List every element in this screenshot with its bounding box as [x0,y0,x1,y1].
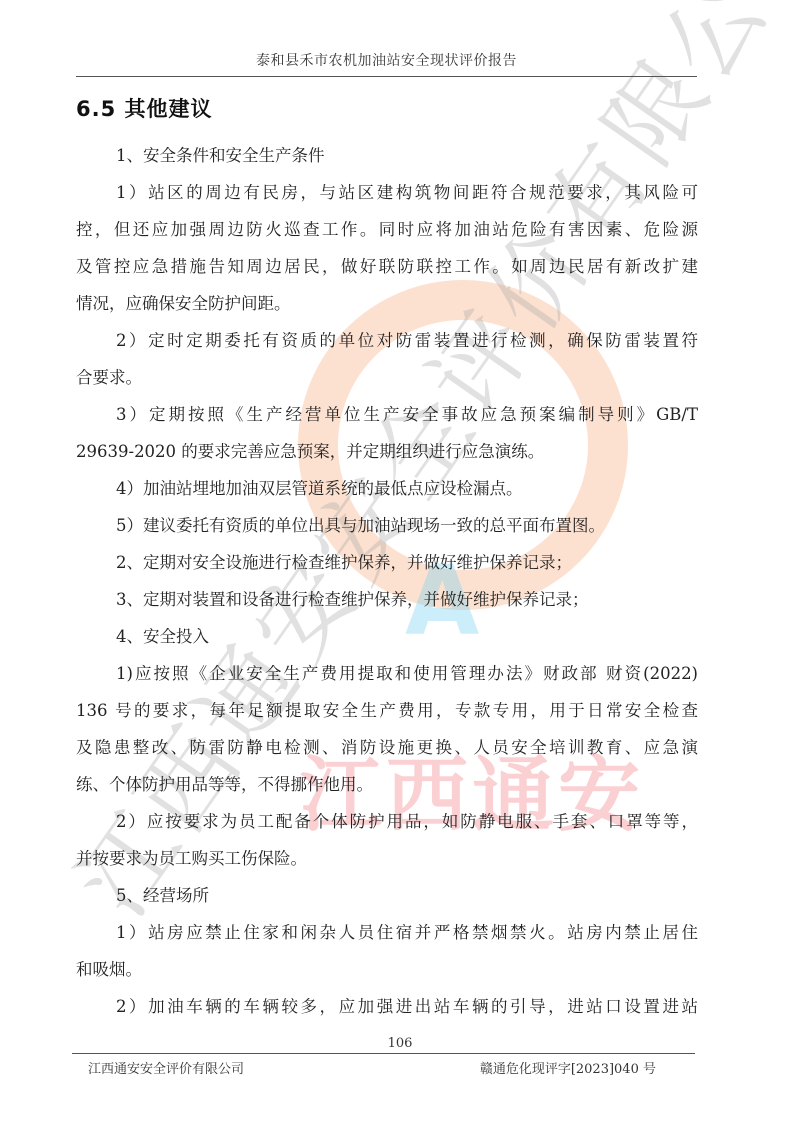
paragraph-line: 3、定期对装置和设备进行检查维护保养，并做好维护保养记录； [76,581,698,618]
paragraph-line: 29639-2020 的要求完善应急预案，并定期组织进行应急演练。 [76,433,698,470]
footer-doc-number: 赣通危化现评字[2023]040 号 [380,1058,656,1077]
paragraph-line: 1）站区的周边有民房，与站区建构筑物间距符合规范要求，其风险可 [76,174,698,211]
footer-company: 江西通安安全评价有限公司 [88,1058,244,1077]
paragraph-line: 4、安全投入 [76,618,698,655]
footer-divider [72,1053,695,1054]
paragraph-line: 3）定期按照《生产经营单位生产安全事故应急预案编制导则》GB/T [76,396,698,433]
paragraph-line: 1）站房应禁止住家和闲杂人员住宿并严格禁烟禁火。站房内禁止居住 [76,914,698,951]
paragraph-line: 练、个体防护用品等等，不得挪作他用。 [76,766,698,803]
paragraph-line: 136 号的要求，每年足额提取安全生产费用，专款专用，用于日常安全检查 [76,692,698,729]
paragraph-line: 5、经营场所 [76,877,698,914]
paragraph-line: 2）加油车辆的车辆较多，应加强进出站车辆的引导，进站口设置进站 [76,988,698,1025]
paragraph-line: 情况，应确保安全防护间距。 [76,285,698,322]
body-text: 1、安全条件和安全生产条件1）站区的周边有民房，与站区建构筑物间距符合规范要求，… [76,137,698,1025]
paragraph-line: 及隐患整改、防雷防静电检测、消防设施更换、人员安全培训教育、应急演 [76,729,698,766]
paragraph-line: 控，但还应加强周边防火巡查工作。同时应将加油站危险有害因素、危险源 [76,211,698,248]
document-page: A 江西通安 江西通安安全评价有限公司 泰和县禾市农机加油站安全现状评价报告 6… [0,0,800,1131]
section-heading: 6.5 其他建议 [76,93,213,123]
paragraph-line: 1)应按照《企业安全生产费用提取和使用管理办法》财政部 财资(2022) [76,655,698,692]
paragraph-line: 5）建议委托有资质的单位出具与加油站现场一致的总平面布置图。 [76,507,698,544]
header-divider [76,76,697,77]
running-header: 泰和县禾市农机加油站安全现状评价报告 [76,50,697,70]
paragraph-line: 和吸烟。 [76,951,698,988]
paragraph-line: 2、定期对安全设施进行检查维护保养，并做好维护保养记录； [76,544,698,581]
paragraph-line: 2）定时定期委托有资质的单位对防雷装置进行检测，确保防雷装置符 [76,322,698,359]
paragraph-line: 并按要求为员工购买工伤保险。 [76,840,698,877]
paragraph-line: 合要求。 [76,359,698,396]
page-number: 106 [0,1036,800,1051]
paragraph-line: 及管控应急措施告知周边居民，做好联防联控工作。如周边民居有新改扩建 [76,248,698,285]
paragraph-line: 2）应按要求为员工配备个体防护用品，如防静电服、手套、口罩等等， [76,803,698,840]
paragraph-line: 4）加油站埋地加油双层管道系统的最低点应设检漏点。 [76,470,698,507]
paragraph-line: 1、安全条件和安全生产条件 [76,137,698,174]
